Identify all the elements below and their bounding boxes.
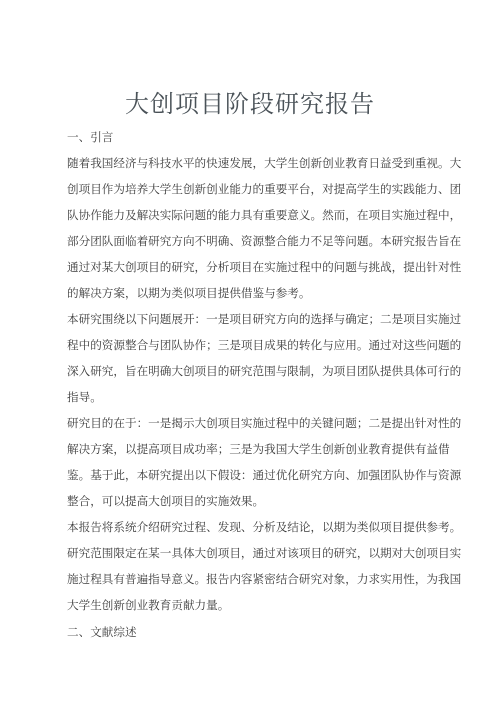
body-text-line: 深入研究，旨在明确大创项目的研究范围与限制，为项目团队提供具体可行的 [67, 363, 437, 379]
body-text-line: 随着我国经济与科技水平的快速发展，大学生创新创业教育日益受到重视。大 [67, 155, 437, 171]
body-text-line: 施过程具有普遍指导意义。报告内容紧密结合研究对象，力求实用性，为我国 [67, 571, 437, 587]
body-text-line: 研究范围限定在某一具体大创项目，通过对该项目的研究，以期对大创项目实 [67, 545, 437, 561]
body-text-line: 创项目作为培养大学生创新创业能力的重要平台，对提高学生的实践能力、团 [67, 181, 437, 197]
body-text-line: 研究目的在于：一是揭示大创项目实施过程中的关键问题；二是提出针对性的 [67, 415, 437, 431]
body-text-line: 鉴。基于此，本研究提出以下假设：通过优化研究方向、加强团队协作与资源 [67, 467, 437, 483]
body-text-line: 本报告将系统介绍研究过程、发现、分析及结论，以期为类似项目提供参考。 [67, 519, 437, 535]
body-text-line: 程中的资源整合与团队协作；三是项目成果的转化与应用。通过对这些问题的 [67, 337, 437, 353]
section-heading: 一、引言 [67, 129, 437, 145]
document-page: 大创项目阶段研究报告 一、引言随着我国经济与科技水平的快速发展，大学生创新创业教… [0, 0, 500, 707]
body-text-line: 部分团队面临着研究方向不明确、资源整合能力不足等问题。本研究报告旨在 [67, 233, 437, 249]
document-title: 大创项目阶段研究报告 [0, 84, 500, 119]
body-text-line: 整合，可以提高大创项目的实施效果。 [67, 493, 437, 509]
body-text-line: 本研究围绕以下问题展开：一是项目研究方向的选择与确定；二是项目实施过 [67, 311, 437, 327]
body-text-line: 解决方案，以提高项目成功率；三是为我国大学生创新创业教育提供有益借 [67, 441, 437, 457]
body-text-line: 通过对某大创项目的研究，分析项目在实施过程中的问题与挑战，提出针对性 [67, 259, 437, 275]
body-text-line: 大学生创新创业教育贡献力量。 [67, 597, 437, 613]
body-text-line: 指导。 [67, 389, 437, 405]
body-text-line: 的解决方案，以期为类似项目提供借鉴与参考。 [67, 285, 437, 301]
section-heading: 二、文献综述 [67, 624, 437, 640]
body-text-line: 队协作能力及解决实际问题的能力具有重要意义。然而，在项目实施过程中， [67, 207, 437, 223]
